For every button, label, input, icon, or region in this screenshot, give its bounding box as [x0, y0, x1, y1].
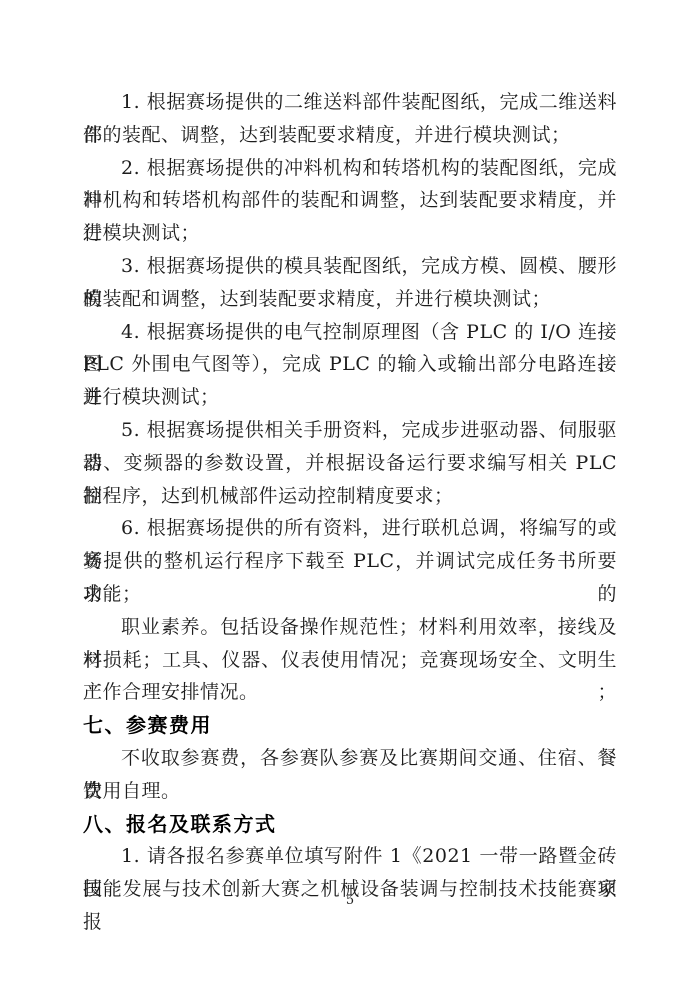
section-heading-8: 八、报名及联系方式	[83, 808, 617, 841]
paragraph-2-line: 料机构和转塔机构部件的装配和调整，达到装配要求精度，并进	[83, 184, 617, 217]
paragraph-6-line: 场提供的整机运行程序下载至 PLC，并调试完成任务书所要求的	[83, 545, 617, 578]
paragraph-8-line: 不收取参赛费，各参赛队参赛及比赛期间交通、住宿、餐饮	[83, 742, 617, 775]
paragraph-4-line: 4. 根据赛场提供的电气控制原理图（含 PLC 的 I/O 连接图、	[83, 316, 617, 349]
paragraph-9-line: 1. 请各报名参赛单位填写附件 1《2021 一带一路暨金砖国家	[83, 840, 617, 873]
paragraph-1-line: 1. 根据赛场提供的二维送料部件装配图纸，完成二维送料部	[83, 86, 617, 119]
document-text-block: 1. 根据赛场提供的二维送料部件装配图纸，完成二维送料部 件的装配、调整，达到装…	[83, 86, 617, 906]
paragraph-6-line: 6. 根据赛场提供的所有资料，进行联机总调，将编写的或赛	[83, 512, 617, 545]
document-page: 1. 根据赛场提供的二维送料部件装配图纸，完成二维送料部 件的装配、调整，达到装…	[0, 0, 700, 989]
paragraph-2-line: 2. 根据赛场提供的冲料机构和转塔机构的装配图纸，完成冲	[83, 152, 617, 185]
paragraph-3-line: 的装配和调整，达到装配要求精度，并进行模块测试；	[83, 283, 617, 316]
paragraph-5-line: 5. 根据赛场提供相关手册资料，完成步进驱动器、伺服驱动	[83, 414, 617, 447]
paragraph-2-line: 行模块测试；	[83, 217, 617, 250]
paragraph-3-line: 3. 根据赛场提供的模具装配图纸，完成方模、圆模、腰形模	[83, 250, 617, 283]
page-number: 5	[0, 893, 700, 908]
paragraph-7-line: 职业素养。包括设备操作规范性；材料利用效率，接线及材	[83, 611, 617, 644]
paragraph-1-line: 件的装配、调整，达到装配要求精度，并进行模块测试；	[83, 119, 617, 152]
paragraph-5-line: 器、变频器的参数设置，并根据设备运行要求编写相关 PLC 控	[83, 447, 617, 480]
paragraph-8-line: 费用自理。	[83, 775, 617, 808]
section-heading-7: 七、参赛费用	[83, 709, 617, 742]
paragraph-7-line: 料损耗；工具、仪器、仪表使用情况；竞赛现场安全、文明生产；	[83, 644, 617, 677]
paragraph-4-line: 进行模块测试；	[83, 381, 617, 414]
paragraph-4-line: PLC 外围电气图等），完成 PLC 的输入或输出部分电路连接并	[83, 348, 617, 381]
paragraph-5-line: 制程序，达到机械部件运动控制精度要求；	[83, 480, 617, 513]
